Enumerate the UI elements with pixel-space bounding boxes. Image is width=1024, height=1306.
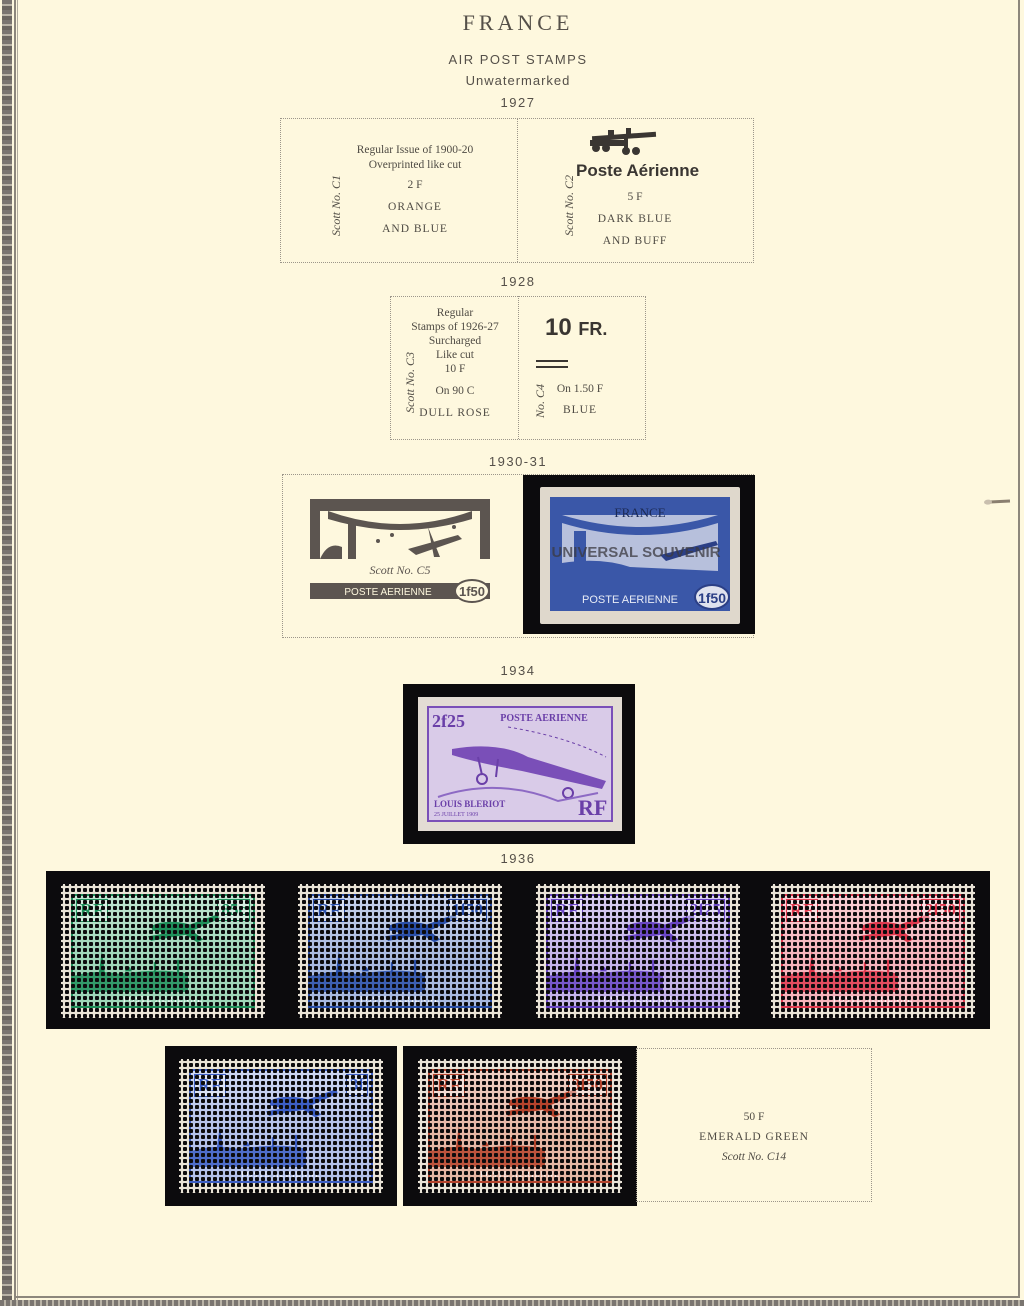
paris-skyline-icon bbox=[191, 1121, 306, 1167]
space-description: Regular Stamps of 1926-27 Surcharged Lik… bbox=[396, 306, 514, 420]
year-heading-1934: 1934 bbox=[458, 663, 578, 678]
svg-text:1f50: 1f50 bbox=[459, 584, 485, 599]
stamp-frame: RF 3f POSTE AERIENNE bbox=[189, 1069, 373, 1183]
stamp-value: 3f50 bbox=[568, 1074, 607, 1096]
color-name: DARK BLUE bbox=[560, 212, 710, 227]
overprint-text: Poste Aérienne bbox=[576, 161, 699, 181]
country-title: FRANCE bbox=[0, 10, 1024, 36]
stamp-label: POSTE AERIENNE bbox=[783, 995, 963, 1004]
desc-line: Stamps of 1926-27 bbox=[396, 320, 514, 334]
year-heading-1927: 1927 bbox=[458, 95, 578, 110]
stamp-frame: RF 2f25 POSTE AERIENNE bbox=[546, 894, 730, 1008]
stamp-1936[interactable]: RF 2f50 POSTE AERIENNE bbox=[771, 884, 975, 1018]
surcharge-unit: FR. bbox=[578, 319, 607, 339]
svg-text:FRANCE: FRANCE bbox=[376, 510, 423, 524]
color-name: AND BLUE bbox=[320, 222, 510, 237]
stamp-frame: RF 2f50 POSTE AERIENNE bbox=[781, 894, 965, 1008]
paris-skyline-icon bbox=[430, 1121, 545, 1167]
stamp-value: 3f bbox=[346, 1074, 368, 1096]
color-name: DULL ROSE bbox=[396, 406, 514, 420]
space-description: On 1.50 F BLUE bbox=[546, 382, 614, 418]
section-subtitle: Unwatermarked bbox=[0, 73, 1024, 88]
svg-text:1f50: 1f50 bbox=[698, 590, 726, 606]
rf-label: RF bbox=[313, 899, 345, 922]
stamp-illustration-c5: FRANCE Scott No. C5 POSTE AERIENNE 1f50 bbox=[308, 497, 492, 605]
svg-text:2f25: 2f25 bbox=[432, 711, 465, 731]
page-border-line bbox=[17, 0, 18, 1300]
svg-text:POSTE AERIENNE: POSTE AERIENNE bbox=[500, 713, 588, 724]
stamp-frame: RF 1f50 POSTE AERIENNE bbox=[308, 894, 492, 1008]
surcharge-value: 10 bbox=[545, 314, 572, 341]
surcharge-cut: 10 FR. bbox=[545, 314, 607, 342]
airplane-icon bbox=[141, 911, 224, 948]
year-heading-1928: 1928 bbox=[458, 274, 578, 289]
rf-label: RF bbox=[76, 899, 108, 922]
color-name: ORANGE bbox=[320, 200, 510, 215]
stamp-image: 2f25 POSTE AERIENNE LOUIS BLERIOT 25 JUI… bbox=[418, 697, 622, 831]
surcharge-bars bbox=[536, 360, 568, 368]
stamp-1936[interactable]: RF 3f50 POSTE AERIENNE bbox=[418, 1059, 622, 1193]
desc-line: Overprinted like cut bbox=[320, 158, 510, 173]
paris-skyline-icon bbox=[548, 946, 663, 992]
svg-text:RF: RF bbox=[578, 795, 607, 820]
page-border-ornament bbox=[2, 0, 12, 1300]
color-name: BLUE bbox=[546, 403, 614, 418]
space-divider bbox=[517, 118, 518, 262]
space-description: 5 F DARK BLUE AND BUFF bbox=[560, 190, 710, 249]
desc-line: Like cut bbox=[396, 348, 514, 362]
paris-skyline-icon bbox=[310, 946, 425, 992]
paris-skyline-icon bbox=[783, 946, 898, 992]
svg-text:UNIVERSAL SOUVENIR: UNIVERSAL SOUVENIR bbox=[552, 544, 721, 561]
surcharge-base: On 1.50 F bbox=[546, 382, 614, 397]
rf-label: RF bbox=[551, 899, 583, 922]
stamp-label: POSTE AERIENNE bbox=[310, 995, 490, 1004]
svg-text:LOUIS BLERIOT: LOUIS BLERIOT bbox=[434, 799, 505, 809]
svg-text:POSTE AERIENNE: POSTE AERIENNE bbox=[582, 594, 678, 606]
color-name: EMERALD GREEN bbox=[640, 1127, 868, 1147]
surcharge-base: On 90 C bbox=[396, 384, 514, 398]
stamp-value: 1f50 bbox=[448, 899, 487, 921]
stamp-frame: RF 3f50 POSTE AERIENNE bbox=[428, 1069, 612, 1183]
stamp-label: POSTE AERIENNE bbox=[548, 995, 728, 1004]
section-title: AIR POST STAMPS bbox=[0, 52, 1024, 67]
airplane-cut-icon bbox=[588, 128, 660, 156]
page-border-line bbox=[14, 1296, 1020, 1298]
page-border-line bbox=[1018, 0, 1020, 1298]
year-heading-1936: 1936 bbox=[458, 851, 578, 866]
rf-label: RF bbox=[433, 1074, 465, 1097]
svg-text:Scott No. C5: Scott No. C5 bbox=[369, 563, 430, 577]
stamp-value: 2f25 bbox=[686, 899, 725, 921]
stamp-value: 85c bbox=[217, 899, 250, 921]
paris-skyline-icon bbox=[73, 946, 188, 992]
rf-label: RF bbox=[786, 899, 818, 922]
space-description: 50 F EMERALD GREEN Scott No. C14 bbox=[640, 1107, 868, 1167]
year-heading-1930-31: 1930-31 bbox=[458, 454, 578, 469]
svg-text:FRANCE: FRANCE bbox=[614, 505, 665, 520]
stamp-frame: RF 85c POSTE AERIENNE bbox=[71, 894, 255, 1008]
scott-number: Scott No. C14 bbox=[640, 1147, 868, 1167]
stamp-label: POSTE AERIENNE bbox=[191, 1170, 371, 1179]
denomination: 10 F bbox=[396, 362, 514, 376]
stamp-1936[interactable]: RF 85c POSTE AERIENNE bbox=[61, 884, 265, 1018]
stamp-1936[interactable]: RF 1f50 POSTE AERIENNE bbox=[298, 884, 502, 1018]
desc-line: Regular Issue of 1900-20 bbox=[320, 143, 510, 158]
denomination: 5 F bbox=[560, 190, 710, 205]
rf-label: RF bbox=[194, 1074, 226, 1097]
stamp-image: FRANCE UNIVERSAL SOUVENIR POSTE AERIENNE… bbox=[540, 487, 740, 624]
color-name: AND BUFF bbox=[560, 234, 710, 249]
hinge-mark bbox=[990, 499, 1010, 503]
airplane-icon bbox=[259, 1086, 342, 1123]
stamp-value: 2f50 bbox=[921, 899, 960, 921]
denomination: 50 F bbox=[640, 1107, 868, 1127]
desc-line: Regular bbox=[396, 306, 514, 320]
stamp-1936[interactable]: RF 2f25 POSTE AERIENNE bbox=[536, 884, 740, 1018]
space-description: Regular Issue of 1900-20 Overprinted lik… bbox=[320, 143, 510, 237]
album-page: FRANCE AIR POST STAMPS Unwatermarked 192… bbox=[0, 0, 1024, 1306]
svg-text:25 JUILLET 1909: 25 JUILLET 1909 bbox=[434, 812, 478, 818]
stamp-label: POSTE AERIENNE bbox=[430, 1170, 610, 1179]
stamp-1936[interactable]: RF 3f POSTE AERIENNE bbox=[179, 1059, 383, 1193]
stamp-label: POSTE AERIENNE bbox=[73, 995, 253, 1004]
page-border-ornament bbox=[0, 1300, 1024, 1306]
denomination: 2 F bbox=[320, 178, 510, 193]
space-divider bbox=[518, 296, 519, 439]
page-border-line bbox=[14, 0, 16, 1300]
svg-text:POSTE AERIENNE: POSTE AERIENNE bbox=[344, 587, 432, 598]
desc-line: Surcharged bbox=[396, 334, 514, 348]
